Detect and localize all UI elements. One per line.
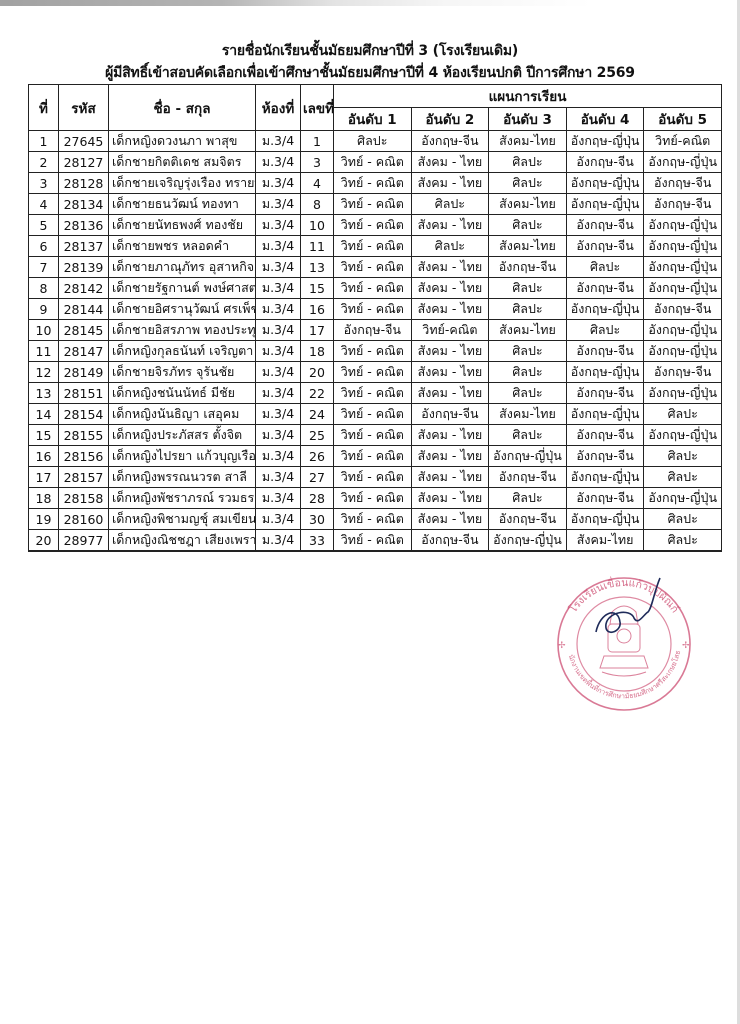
cell-rank-4: อังกฤษ-ญี่ปุ่น <box>566 194 644 215</box>
cell-rank-4: อังกฤษ-จีน <box>566 341 644 362</box>
cell-rank-5: อังกฤษ-จีน <box>644 173 722 194</box>
cell-no: 20 <box>29 530 59 552</box>
cell-rank-3: ศิลปะ <box>489 299 567 320</box>
cell-room: ม.3/4 <box>256 488 301 509</box>
cell-rank-5: อังกฤษ-ญี่ปุ่น <box>644 488 722 509</box>
cell-number: 1 <box>301 131 334 152</box>
cell-number: 10 <box>301 215 334 236</box>
cell-rank-1: ศิลปะ <box>334 131 412 152</box>
cell-rank-4: อังกฤษ-จีน <box>566 152 644 173</box>
cell-rank-1: อังกฤษ-จีน <box>334 320 412 341</box>
cell-rank-1: วิทย์ - คณิต <box>334 488 412 509</box>
cell-number: 3 <box>301 152 334 173</box>
cell-rank-2: สังคม - ไทย <box>411 257 489 278</box>
cell-rank-1: วิทย์ - คณิต <box>334 257 412 278</box>
cell-rank-4: อังกฤษ-จีน <box>566 446 644 467</box>
cell-room: ม.3/4 <box>256 383 301 404</box>
cell-name: เด็กชายอิศรานุวัฒน์ ศรเพ็ชร <box>109 299 256 320</box>
student-roster-table: ที่ รหัส ชื่อ - สกุล ห้องที่ เลขที่ แผนก… <box>28 84 722 552</box>
cell-number: 13 <box>301 257 334 278</box>
cell-no: 13 <box>29 383 59 404</box>
cell-number: 33 <box>301 530 334 552</box>
cell-room: ม.3/4 <box>256 194 301 215</box>
cell-name: เด็กชายธนวัฒน์ ทองทา <box>109 194 256 215</box>
header-rank-4: อันดับ 4 <box>566 108 644 131</box>
cell-rank-3: อังกฤษ-จีน <box>489 509 567 530</box>
table-row: 228127เด็กชายกิตติเดช สมจิตรม.3/43วิทย์ … <box>29 152 722 173</box>
cell-room: ม.3/4 <box>256 257 301 278</box>
cell-no: 10 <box>29 320 59 341</box>
cell-no: 7 <box>29 257 59 278</box>
cell-rank-3: ศิลปะ <box>489 488 567 509</box>
cell-name: เด็กชายนัทธพงศ์ ทองชัย <box>109 215 256 236</box>
cell-rank-4: อังกฤษ-จีน <box>566 236 644 257</box>
cell-rank-3: ศิลปะ <box>489 341 567 362</box>
header-room: ห้องที่ <box>256 85 301 131</box>
cell-rank-5: วิทย์-คณิต <box>644 131 722 152</box>
cell-rank-3: อังกฤษ-จีน <box>489 467 567 488</box>
cell-student-id: 28145 <box>59 320 109 341</box>
cell-rank-3: สังคม-ไทย <box>489 131 567 152</box>
cell-rank-1: วิทย์ - คณิต <box>334 530 412 552</box>
table-row: 1228149เด็กชายจิรภัทร จุรันชัยม.3/420วิท… <box>29 362 722 383</box>
cell-number: 25 <box>301 425 334 446</box>
cell-rank-4: อังกฤษ-ญี่ปุ่น <box>566 299 644 320</box>
cell-number: 15 <box>301 278 334 299</box>
cell-rank-2: สังคม - ไทย <box>411 152 489 173</box>
cell-rank-4: อังกฤษ-ญี่ปุ่น <box>566 467 644 488</box>
school-seal-stamp: โรงเรียนเขื่อนแก้วบุปผัณก์ สำนักงานเขตพื… <box>544 572 704 712</box>
table-row: 1128147เด็กหญิงกุลธนันท์ เจริญตาม.3/418ว… <box>29 341 722 362</box>
cell-rank-5: ศิลปะ <box>644 446 722 467</box>
scan-edge-shadow <box>0 0 740 6</box>
cell-rank-4: สังคม-ไทย <box>566 530 644 552</box>
table-row: 1528155เด็กหญิงประภัสสร ตั้งจิตม.3/425วิ… <box>29 425 722 446</box>
cell-rank-4: อังกฤษ-จีน <box>566 383 644 404</box>
cell-rank-2: สังคม - ไทย <box>411 299 489 320</box>
table-row: 1728157เด็กหญิงพรรณนวรต สาลีม.3/427วิทย์… <box>29 467 722 488</box>
table-row: 1428154เด็กหญิงนันธิญา เสอุคมม.3/424วิทย… <box>29 404 722 425</box>
cell-no: 15 <box>29 425 59 446</box>
cell-student-id: 27645 <box>59 131 109 152</box>
cell-name: เด็กชายพชร หลอดคำ <box>109 236 256 257</box>
header-no: ที่ <box>29 85 59 131</box>
cell-rank-4: ศิลปะ <box>566 257 644 278</box>
cell-rank-3: ศิลปะ <box>489 362 567 383</box>
header-rank-5: อันดับ 5 <box>644 108 722 131</box>
cell-room: ม.3/4 <box>256 173 301 194</box>
cell-rank-5: ศิลปะ <box>644 509 722 530</box>
document-title: รายชื่อนักเรียนชั้นมัธยมศึกษาปีที่ 3 (โร… <box>0 40 740 62</box>
cell-rank-5: อังกฤษ-ญี่ปุ่น <box>644 278 722 299</box>
cell-rank-4: อังกฤษ-ญี่ปุ่น <box>566 362 644 383</box>
cell-student-id: 28149 <box>59 362 109 383</box>
table-row: 628137เด็กชายพชร หลอดคำม.3/411วิทย์ - คณ… <box>29 236 722 257</box>
cell-rank-3: ศิลปะ <box>489 425 567 446</box>
cell-room: ม.3/4 <box>256 215 301 236</box>
table-row: 428134เด็กชายธนวัฒน์ ทองทาม.3/48วิทย์ - … <box>29 194 722 215</box>
cell-rank-2: สังคม - ไทย <box>411 425 489 446</box>
cell-room: ม.3/4 <box>256 236 301 257</box>
cell-rank-5: อังกฤษ-ญี่ปุ่น <box>644 215 722 236</box>
cell-rank-1: วิทย์ - คณิต <box>334 341 412 362</box>
table-row: 828142เด็กชายรัฐกานต์ พงษ์ศาสตร์ม.3/415ว… <box>29 278 722 299</box>
cell-rank-3: ศิลปะ <box>489 215 567 236</box>
cell-rank-1: วิทย์ - คณิต <box>334 383 412 404</box>
table-row: 528136เด็กชายนัทธพงศ์ ทองชัยม.3/410วิทย์… <box>29 215 722 236</box>
cell-name: เด็กหญิงกุลธนันท์ เจริญตา <box>109 341 256 362</box>
cell-rank-1: วิทย์ - คณิต <box>334 278 412 299</box>
cell-rank-3: อังกฤษ-ญี่ปุ่น <box>489 446 567 467</box>
table-row: 1828158เด็กหญิงพัชราภรณ์ รวมธรรมม.3/428ว… <box>29 488 722 509</box>
cell-number: 4 <box>301 173 334 194</box>
cell-room: ม.3/4 <box>256 152 301 173</box>
cell-room: ม.3/4 <box>256 362 301 383</box>
cell-rank-5: อังกฤษ-จีน <box>644 194 722 215</box>
cell-number: 11 <box>301 236 334 257</box>
cell-no: 8 <box>29 278 59 299</box>
cell-rank-1: วิทย์ - คณิต <box>334 425 412 446</box>
table-row: 2028977เด็กหญิงณิชชฎา เสียงเพราะม.3/433ว… <box>29 530 722 552</box>
table-row: 127645เด็กหญิงดวงนภา พาสุขม.3/41ศิลปะอัง… <box>29 131 722 152</box>
cell-rank-5: อังกฤษ-ญี่ปุ่น <box>644 257 722 278</box>
cell-no: 16 <box>29 446 59 467</box>
cell-rank-5: อังกฤษ-จีน <box>644 299 722 320</box>
document-subtitle: ผู้มีสิทธิ์เข้าสอบคัดเลือกเพื่อเข้าศึกษา… <box>0 62 740 84</box>
cell-rank-2: อังกฤษ-จีน <box>411 131 489 152</box>
cell-rank-4: ศิลปะ <box>566 320 644 341</box>
table-row: 1928160เด็กหญิงพิชามญชุ์ สมเขียนม.3/430ว… <box>29 509 722 530</box>
cell-no: 3 <box>29 173 59 194</box>
cell-no: 12 <box>29 362 59 383</box>
header-name: ชื่อ - สกุล <box>109 85 256 131</box>
cell-rank-2: สังคม - ไทย <box>411 446 489 467</box>
cell-rank-4: อังกฤษ-ญี่ปุ่น <box>566 509 644 530</box>
cell-rank-2: สังคม - ไทย <box>411 488 489 509</box>
table-row: 328128เด็กชายเจริญรุ่งเรือง ทรายทองม.3/4… <box>29 173 722 194</box>
cell-name: เด็กหญิงพรรณนวรต สาลี <box>109 467 256 488</box>
svg-text:✢: ✢ <box>558 641 566 651</box>
cell-rank-4: อังกฤษ-จีน <box>566 488 644 509</box>
cell-no: 14 <box>29 404 59 425</box>
cell-name: เด็กหญิงพัชราภรณ์ รวมธรรม <box>109 488 256 509</box>
cell-number: 24 <box>301 404 334 425</box>
cell-rank-5: อังกฤษ-ญี่ปุ่น <box>644 152 722 173</box>
cell-rank-1: วิทย์ - คณิต <box>334 194 412 215</box>
cell-room: ม.3/4 <box>256 404 301 425</box>
cell-rank-1: วิทย์ - คณิต <box>334 299 412 320</box>
cell-rank-1: วิทย์ - คณิต <box>334 152 412 173</box>
cell-rank-3: ศิลปะ <box>489 278 567 299</box>
cell-no: 11 <box>29 341 59 362</box>
cell-rank-2: ศิลปะ <box>411 194 489 215</box>
cell-rank-2: ศิลปะ <box>411 236 489 257</box>
table-row: 1028145เด็กชายอิสรภาพ ทองประทุมม.3/417อั… <box>29 320 722 341</box>
cell-student-id: 28128 <box>59 173 109 194</box>
header-rank-1: อันดับ 1 <box>334 108 412 131</box>
cell-rank-1: วิทย์ - คณิต <box>334 236 412 257</box>
cell-student-id: 28160 <box>59 509 109 530</box>
cell-room: ม.3/4 <box>256 446 301 467</box>
cell-rank-5: อังกฤษ-ญี่ปุ่น <box>644 383 722 404</box>
cell-rank-3: ศิลปะ <box>489 383 567 404</box>
cell-name: เด็กหญิงดวงนภา พาสุข <box>109 131 256 152</box>
cell-rank-5: ศิลปะ <box>644 404 722 425</box>
cell-rank-5: อังกฤษ-จีน <box>644 362 722 383</box>
cell-rank-3: อังกฤษ-ญี่ปุ่น <box>489 530 567 552</box>
cell-number: 17 <box>301 320 334 341</box>
cell-rank-3: สังคม-ไทย <box>489 194 567 215</box>
cell-rank-5: ศิลปะ <box>644 467 722 488</box>
cell-student-id: 28127 <box>59 152 109 173</box>
cell-room: ม.3/4 <box>256 425 301 446</box>
cell-no: 5 <box>29 215 59 236</box>
cell-rank-5: อังกฤษ-ญี่ปุ่น <box>644 425 722 446</box>
cell-room: ม.3/4 <box>256 278 301 299</box>
cell-name: เด็กหญิงประภัสสร ตั้งจิต <box>109 425 256 446</box>
cell-rank-2: สังคม - ไทย <box>411 341 489 362</box>
cell-number: 28 <box>301 488 334 509</box>
cell-no: 9 <box>29 299 59 320</box>
cell-student-id: 28151 <box>59 383 109 404</box>
cell-rank-4: อังกฤษ-จีน <box>566 278 644 299</box>
table-row: 1328151เด็กหญิงชนันนัทธ์ มีชัยม.3/422วิท… <box>29 383 722 404</box>
cell-number: 16 <box>301 299 334 320</box>
cell-rank-4: อังกฤษ-ญี่ปุ่น <box>566 131 644 152</box>
cell-no: 19 <box>29 509 59 530</box>
cell-no: 17 <box>29 467 59 488</box>
table-row: 1628156เด็กหญิงไปรยา แก้วบุญเรืองม.3/426… <box>29 446 722 467</box>
header-student-id: รหัส <box>59 85 109 131</box>
cell-rank-1: วิทย์ - คณิต <box>334 446 412 467</box>
cell-rank-3: อังกฤษ-จีน <box>489 257 567 278</box>
header-number: เลขที่ <box>301 85 334 131</box>
cell-number: 22 <box>301 383 334 404</box>
header-study-plan: แผนการเรียน <box>334 85 722 108</box>
cell-room: ม.3/4 <box>256 341 301 362</box>
table-row: 928144เด็กชายอิศรานุวัฒน์ ศรเพ็ชรม.3/416… <box>29 299 722 320</box>
cell-rank-2: สังคม - ไทย <box>411 383 489 404</box>
cell-rank-5: อังกฤษ-ญี่ปุ่น <box>644 341 722 362</box>
cell-rank-3: สังคม-ไทย <box>489 236 567 257</box>
cell-rank-1: วิทย์ - คณิต <box>334 362 412 383</box>
cell-name: เด็กหญิงนันธิญา เสอุคม <box>109 404 256 425</box>
cell-rank-5: ศิลปะ <box>644 530 722 552</box>
cell-student-id: 28142 <box>59 278 109 299</box>
cell-student-id: 28154 <box>59 404 109 425</box>
cell-student-id: 28139 <box>59 257 109 278</box>
cell-student-id: 28136 <box>59 215 109 236</box>
stamp-top-text: โรงเรียนเขื่อนแก้วบุปผัณก์ <box>566 576 681 615</box>
cell-name: เด็กหญิงชนันนัทธ์ มีชัย <box>109 383 256 404</box>
svg-text:✢: ✢ <box>682 641 690 651</box>
cell-name: เด็กชายกิตติเดช สมจิตร <box>109 152 256 173</box>
cell-rank-4: อังกฤษ-ญี่ปุ่น <box>566 173 644 194</box>
cell-rank-1: วิทย์ - คณิต <box>334 509 412 530</box>
cell-room: ม.3/4 <box>256 320 301 341</box>
cell-student-id: 28158 <box>59 488 109 509</box>
cell-name: เด็กหญิงณิชชฎา เสียงเพราะ <box>109 530 256 552</box>
cell-no: 6 <box>29 236 59 257</box>
table-row: 728139เด็กชายภาณุภัทร อุสาหกิจม.3/413วิท… <box>29 257 722 278</box>
cell-number: 30 <box>301 509 334 530</box>
svg-text:โรงเรียนเขื่อนแก้วบุปผัณก์: โรงเรียนเขื่อนแก้วบุปผัณก์ <box>566 576 681 615</box>
cell-number: 18 <box>301 341 334 362</box>
cell-name: เด็กชายอิสรภาพ ทองประทุม <box>109 320 256 341</box>
cell-student-id: 28134 <box>59 194 109 215</box>
cell-room: ม.3/4 <box>256 509 301 530</box>
header-rank-3: อันดับ 3 <box>489 108 567 131</box>
cell-student-id: 28157 <box>59 467 109 488</box>
cell-no: 18 <box>29 488 59 509</box>
cell-name: เด็กชายรัฐกานต์ พงษ์ศาสตร์ <box>109 278 256 299</box>
cell-student-id: 28144 <box>59 299 109 320</box>
cell-rank-3: สังคม-ไทย <box>489 320 567 341</box>
cell-number: 8 <box>301 194 334 215</box>
cell-student-id: 28156 <box>59 446 109 467</box>
cell-rank-1: วิทย์ - คณิต <box>334 404 412 425</box>
cell-rank-2: อังกฤษ-จีน <box>411 530 489 552</box>
cell-rank-2: วิทย์-คณิต <box>411 320 489 341</box>
cell-number: 20 <box>301 362 334 383</box>
cell-rank-2: สังคม - ไทย <box>411 362 489 383</box>
cell-name: เด็กชายเจริญรุ่งเรือง ทรายทอง <box>109 173 256 194</box>
cell-rank-3: ศิลปะ <box>489 152 567 173</box>
seal-icon: โรงเรียนเขื่อนแก้วบุปผัณก์ สำนักงานเขตพื… <box>544 572 704 712</box>
cell-rank-3: ศิลปะ <box>489 173 567 194</box>
cell-room: ม.3/4 <box>256 530 301 552</box>
cell-student-id: 28137 <box>59 236 109 257</box>
cell-name: เด็กชายจิรภัทร จุรันชัย <box>109 362 256 383</box>
cell-rank-2: สังคม - ไทย <box>411 173 489 194</box>
cell-rank-2: สังคม - ไทย <box>411 278 489 299</box>
cell-rank-4: อังกฤษ-ญี่ปุ่น <box>566 404 644 425</box>
cell-rank-5: อังกฤษ-ญี่ปุ่น <box>644 320 722 341</box>
cell-name: เด็กหญิงไปรยา แก้วบุญเรือง <box>109 446 256 467</box>
cell-rank-2: สังคม - ไทย <box>411 509 489 530</box>
cell-rank-1: วิทย์ - คณิต <box>334 173 412 194</box>
cell-name: เด็กชายภาณุภัทร อุสาหกิจ <box>109 257 256 278</box>
cell-number: 26 <box>301 446 334 467</box>
cell-no: 2 <box>29 152 59 173</box>
cell-rank-1: วิทย์ - คณิต <box>334 215 412 236</box>
cell-room: ม.3/4 <box>256 467 301 488</box>
cell-number: 27 <box>301 467 334 488</box>
cell-rank-4: อังกฤษ-จีน <box>566 215 644 236</box>
cell-rank-2: สังคม - ไทย <box>411 215 489 236</box>
cell-rank-2: อังกฤษ-จีน <box>411 404 489 425</box>
cell-rank-4: อังกฤษ-จีน <box>566 425 644 446</box>
cell-student-id: 28147 <box>59 341 109 362</box>
cell-room: ม.3/4 <box>256 131 301 152</box>
cell-rank-2: สังคม - ไทย <box>411 467 489 488</box>
cell-name: เด็กหญิงพิชามญชุ์ สมเขียน <box>109 509 256 530</box>
header-rank-2: อันดับ 2 <box>411 108 489 131</box>
cell-student-id: 28977 <box>59 530 109 552</box>
cell-rank-3: สังคม-ไทย <box>489 404 567 425</box>
cell-rank-5: อังกฤษ-ญี่ปุ่น <box>644 236 722 257</box>
cell-rank-1: วิทย์ - คณิต <box>334 467 412 488</box>
cell-student-id: 28155 <box>59 425 109 446</box>
cell-room: ม.3/4 <box>256 299 301 320</box>
cell-no: 1 <box>29 131 59 152</box>
cell-no: 4 <box>29 194 59 215</box>
